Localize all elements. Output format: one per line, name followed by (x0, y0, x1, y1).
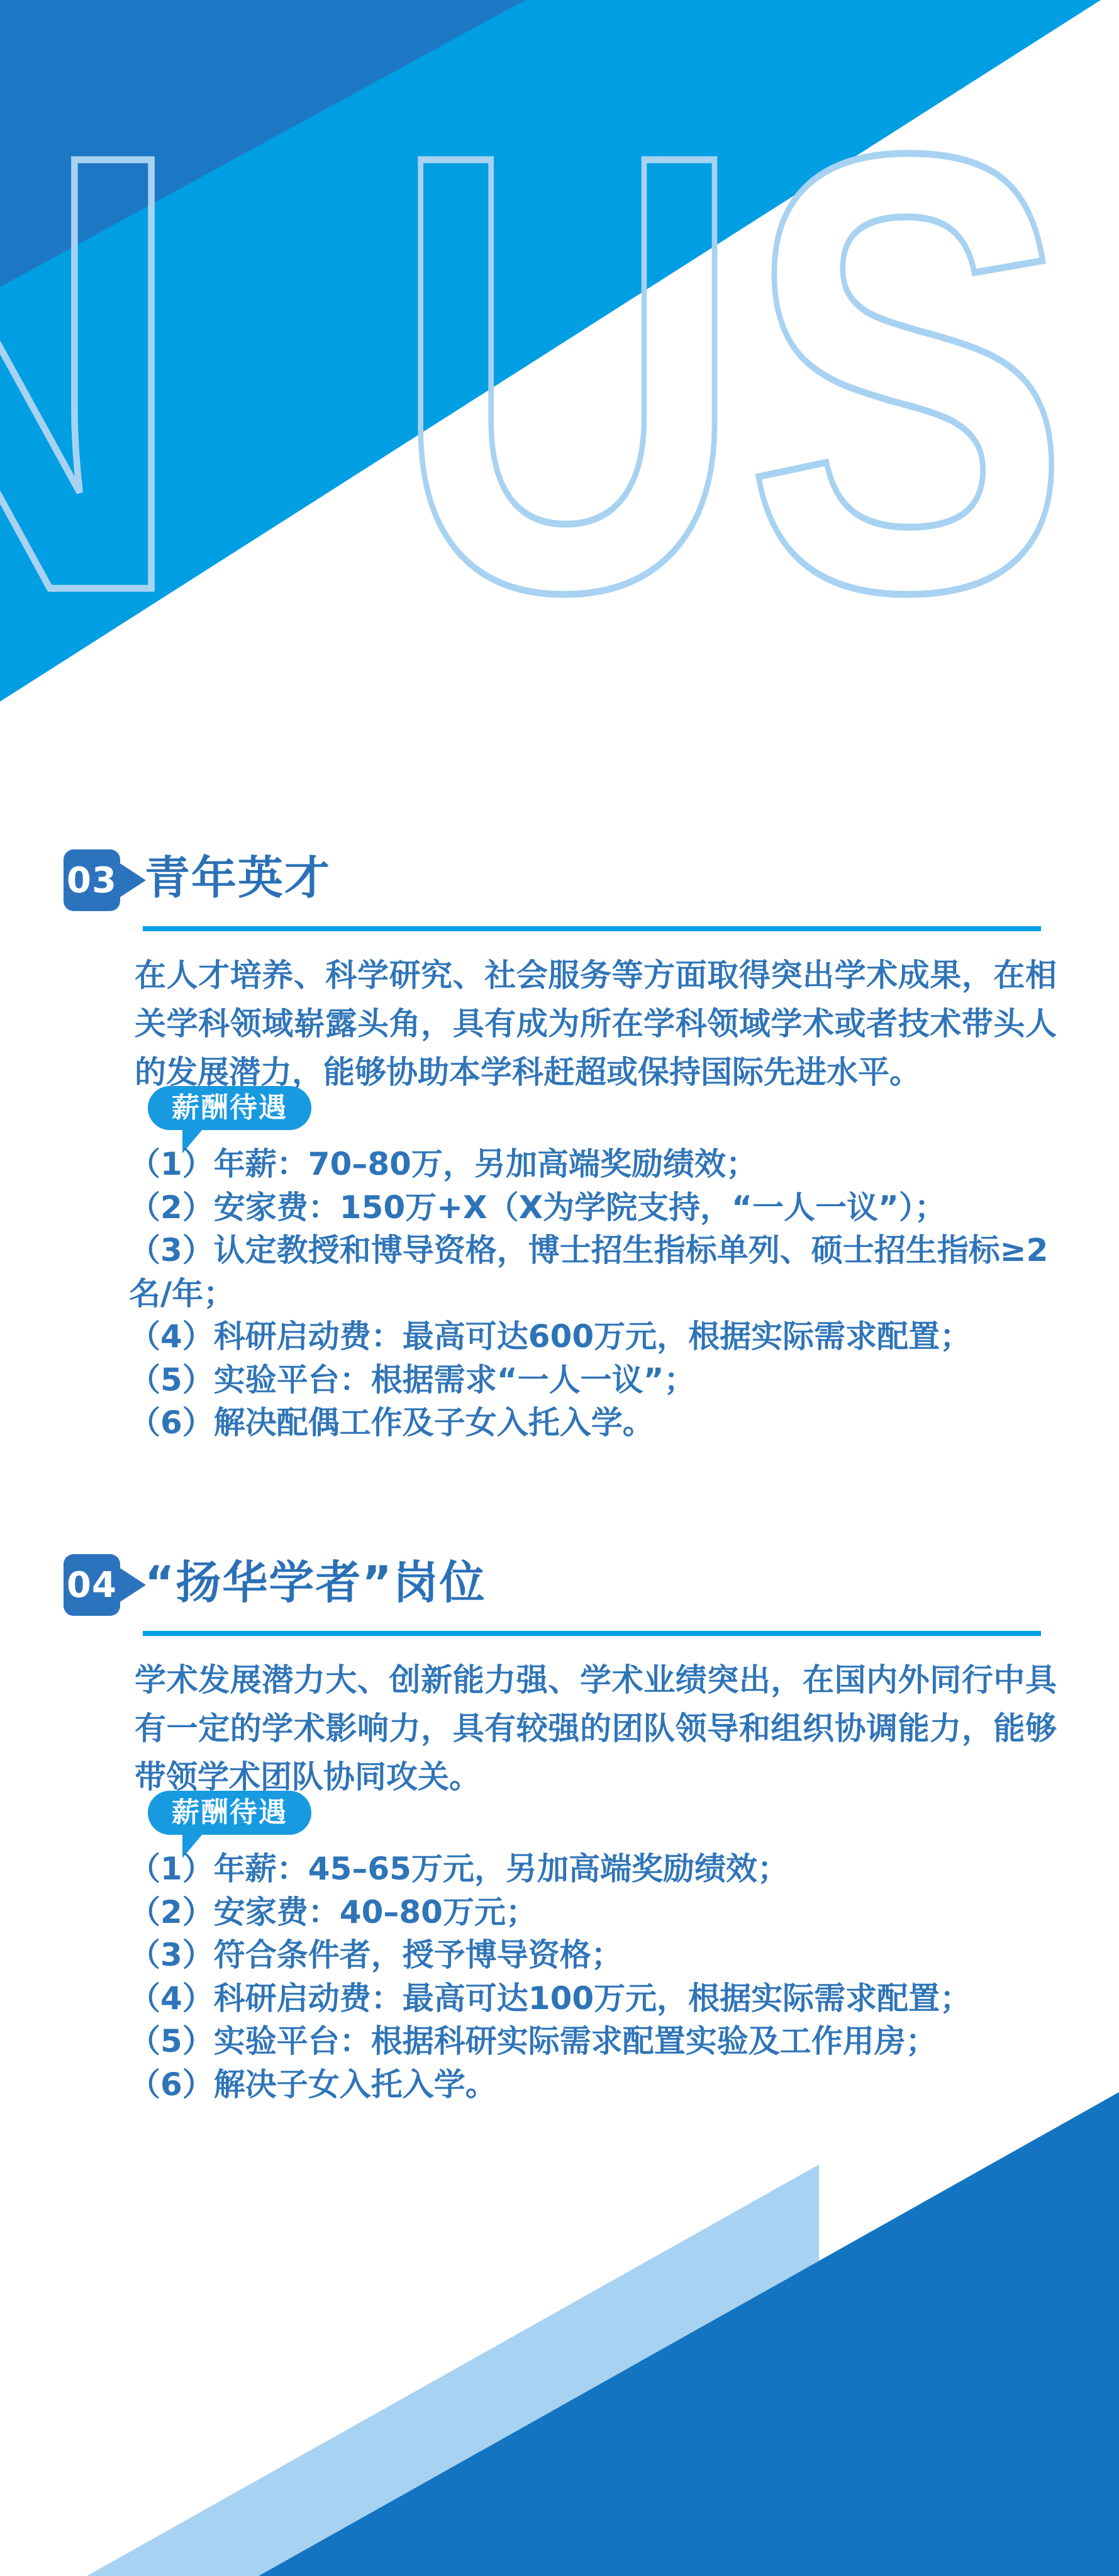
benefit-list: （1）年薪：70–80万，另加高端奖励绩效； （2）安家费：150万+X（X为学… (129, 1143, 1054, 1445)
section-description: 在人才培养、科学研究、社会服务等方面取得突出学术成果，在相关学科领域崭露头角，具… (135, 951, 1057, 1097)
section-underline (143, 1631, 1041, 1636)
benefit-item: （1）年薪：45–65万元，另加高端奖励绩效； (129, 1847, 1054, 1891)
section-young-talent: 03 青年英才 在人才培养、科学研究、社会服务等方面取得突出学术成果，在相关学科… (0, 843, 1119, 1504)
benefit-item: （2）安家费：40–80万元； (129, 1891, 1054, 1934)
arrow-right-icon (117, 861, 146, 899)
section-number-badge: 04 (64, 1554, 120, 1616)
hero-decoration: N US (0, 0, 1119, 818)
benefit-list: （1）年薪：45–65万元，另加高端奖励绩效； （2）安家费：40–80万元； … (129, 1847, 1054, 2106)
section-yanghua-scholar: 04 “扬华学者”岗位 学术发展潜力大、创新能力强、学术业绩突出，在国内外同行中… (0, 1548, 1119, 2152)
arrow-right-icon (117, 1566, 146, 1604)
benefit-item: （6）解决配偶工作及子女入托入学。 (129, 1401, 1054, 1445)
dark-corner-triangle-shape (259, 2092, 1119, 2576)
footer-decoration (0, 2073, 1119, 2576)
benefit-item: （1）年薪：70–80万，另加高端奖励绩效； (129, 1143, 1054, 1186)
section-underline (143, 926, 1041, 931)
benefit-item: （4）科研启动费：最高可达100万元，根据实际需求配置； (129, 1977, 1054, 2020)
salary-badge: 薪酬待遇 (148, 1791, 311, 1835)
section-title: “扬华学者”岗位 (145, 1548, 486, 1617)
salary-badge: 薪酬待遇 (148, 1086, 311, 1130)
benefit-item: （3）认定教授和博导资格，博士招生指标单列、硕士招生指标≥2名/年； (129, 1229, 1054, 1315)
section-description: 学术发展潜力大、创新能力强、学术业绩突出，在国内外同行中具有一定的学术影响力，具… (135, 1656, 1057, 1801)
benefit-item: （2）安家费：150万+X（X为学院支持，“一人一议”）； (129, 1186, 1054, 1229)
section-title: 青年英才 (145, 843, 331, 912)
benefit-item: （5）实验平台：根据科研实际需求配置实验及工作用房； (129, 2020, 1054, 2063)
watermark-letter-n: N (0, 25, 192, 720)
benefit-item: （5）实验平台：根据需求“一人一议”； (129, 1358, 1054, 1402)
poster-page: N US 03 青年英才 在人才培养、科学研究、社会服务等方面取得突出学术成果，… (0, 0, 1119, 2576)
benefit-item: （4）科研启动费：最高可达600万元，根据实际需求配置； (129, 1315, 1054, 1358)
section-number-badge: 03 (64, 849, 120, 911)
benefit-item: （3）符合条件者，授予博导资格； (129, 1934, 1054, 1977)
watermark-letters-us: US (391, 25, 1071, 720)
